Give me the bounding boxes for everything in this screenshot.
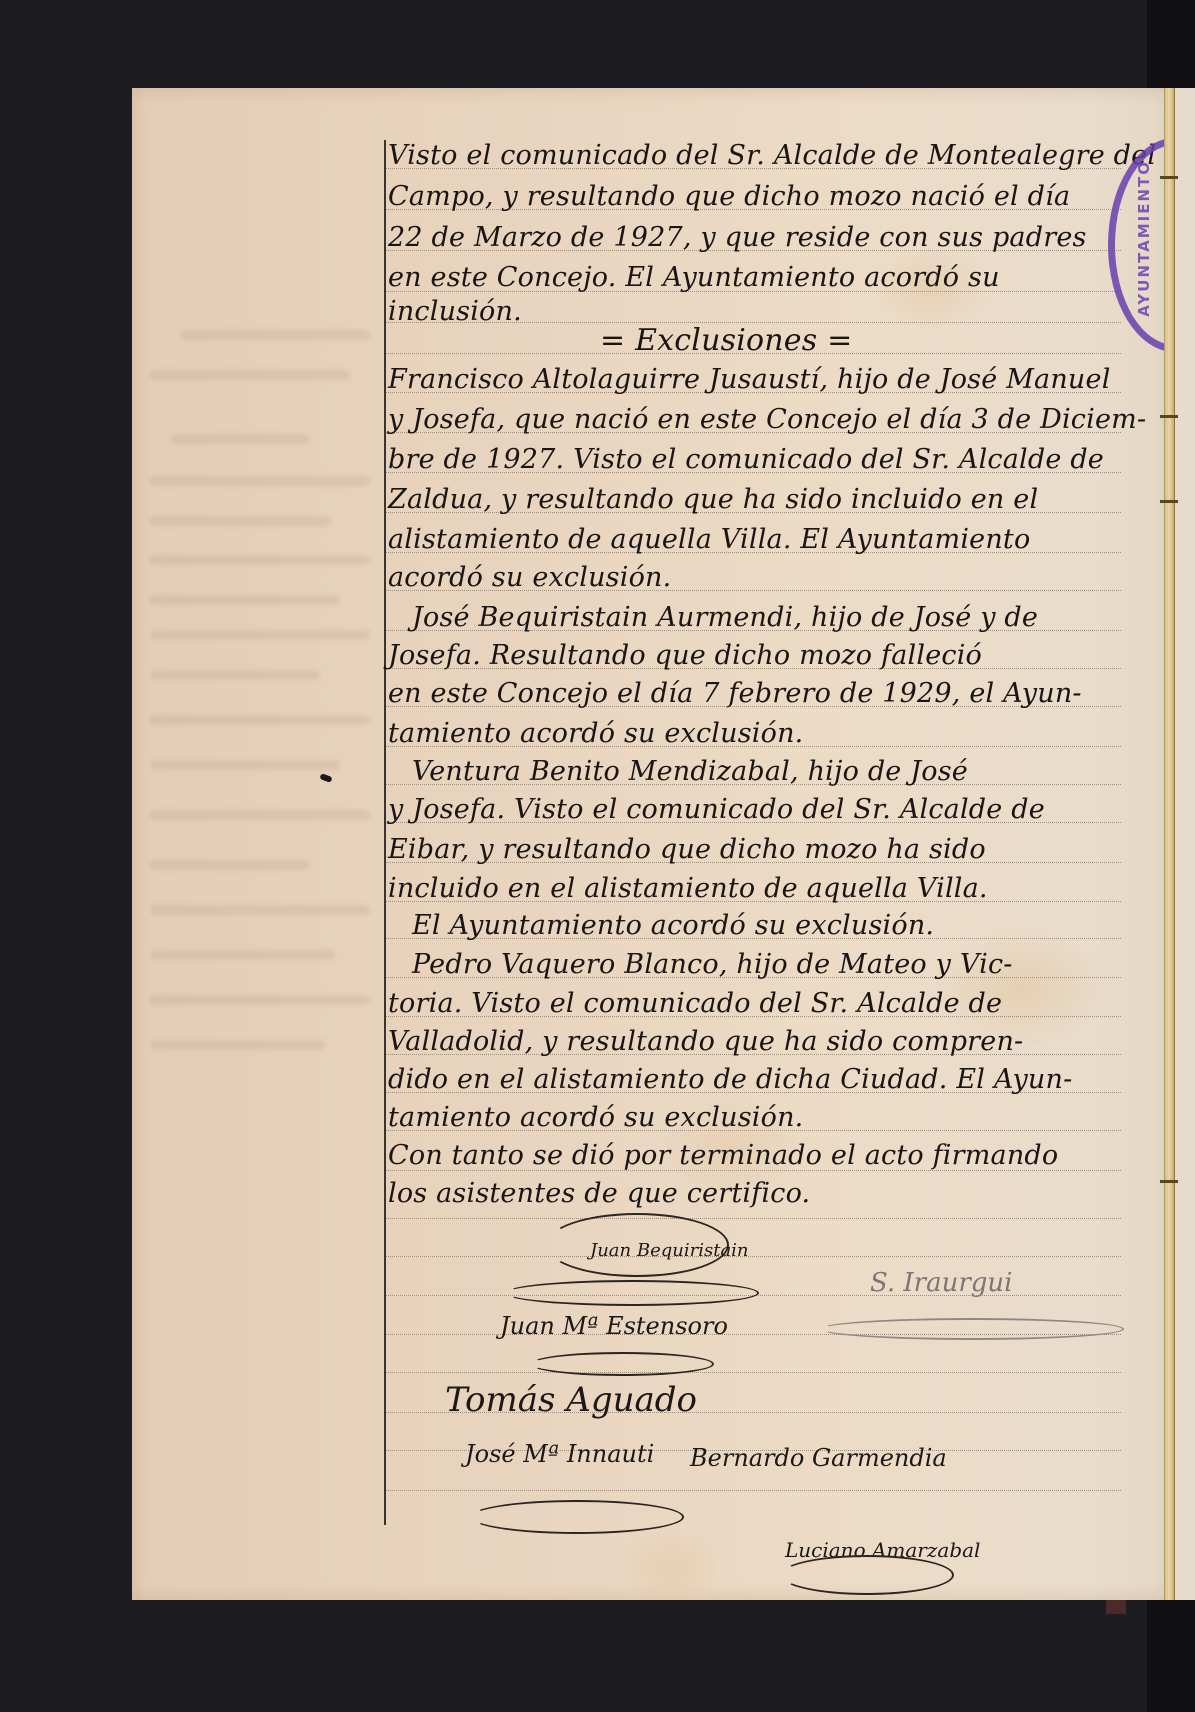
entry-line: Francisco Altolaguirre Jusaustí, hijo de… (388, 366, 1111, 393)
signature-flourish (530, 1352, 714, 1376)
bleed-through-stroke (150, 950, 335, 960)
ruled-line (386, 1256, 1121, 1257)
signature-flourish (505, 1280, 759, 1306)
bleed-through-stroke (150, 670, 320, 680)
text-line: Visto el comunicado del Sr. Alcalde de M… (388, 142, 1156, 169)
section-heading: = Exclusiones = (600, 326, 852, 356)
entry-line: Valladolid, y resultando que ha sido com… (388, 1028, 1023, 1055)
stamp-text: AYUNTAMIENTO (1135, 160, 1153, 317)
binding-stitch (1160, 415, 1178, 418)
signature-flourish (470, 1500, 684, 1534)
entry-line: y Josefa. Visto el comunicado del Sr. Al… (388, 796, 1045, 823)
entry-line: incluido en el alistamiento de aquella V… (388, 875, 988, 902)
bleed-through-stroke (150, 905, 370, 915)
entry-line: dido en el alistamiento de dicha Ciudad.… (388, 1066, 1072, 1093)
cover-corner (1106, 1600, 1126, 1614)
facing-page (1172, 88, 1195, 1600)
signature: José Mª Innauti (465, 1440, 654, 1468)
binding-stitch (1160, 500, 1178, 503)
bleed-through-stroke (150, 760, 340, 770)
text-line: Campo, y resultando que dicho mozo nació… (388, 183, 1070, 210)
bleed-through-stroke (150, 1040, 325, 1050)
ruled-line (386, 1490, 1121, 1491)
entry-line: Pedro Vaquero Blanco, hijo de Mateo y Vi… (412, 951, 1013, 978)
entry-line: Ventura Benito Mendizabal, hijo de José (412, 758, 968, 785)
entry-line: El Ayuntamiento acordó su exclusión. (412, 912, 934, 939)
closing-line: Con tanto se dió por terminado el acto f… (388, 1142, 1058, 1169)
entry-line: tamiento acordó su exclusión. (388, 720, 803, 747)
bleed-through-stroke (150, 995, 370, 1005)
text-line: inclusión. (388, 298, 522, 325)
entry-line: bre de 1927. Visto el comunicado del Sr.… (388, 446, 1104, 473)
signature-flourish (780, 1555, 954, 1595)
bleed-through-stroke (150, 370, 350, 380)
entry-line: y Josefa, que nació en este Concejo el d… (388, 406, 1146, 433)
binding-stitch (1160, 176, 1178, 179)
bleed-through-stroke (150, 810, 370, 820)
entry-line: toria. Visto el comunicado del Sr. Alcal… (388, 990, 1002, 1017)
bleed-through-stroke (170, 434, 310, 444)
signature: Juan Bequiristain (590, 1240, 749, 1261)
bleed-through-stroke (150, 555, 370, 565)
signature: Juan Mª Estensoro (500, 1312, 728, 1340)
signature-pencil: S. Iraurgui (870, 1268, 1013, 1298)
bleed-through-stroke (150, 516, 330, 526)
entry-line: Zaldua, y resultando que ha sido incluid… (388, 486, 1038, 513)
closing-line: los asistentes de que certifico. (388, 1180, 810, 1207)
entry-line: José Bequiristain Aurmendi, hijo de José… (412, 604, 1038, 631)
entry-line: Eibar, y resultando que dicho mozo ha si… (388, 836, 986, 863)
signature-flourish (820, 1318, 1124, 1340)
margin-rule (384, 140, 386, 1525)
ruled-line (386, 1372, 1121, 1373)
text-line: 22 de Marzo de 1927, y que reside con su… (388, 224, 1087, 251)
signature: Tomás Aguado (445, 1380, 697, 1420)
scanned-document: Visto el comunicado del Sr. Alcalde de M… (0, 0, 1195, 1712)
binding-stitch (1160, 1180, 1178, 1183)
bleed-through-stroke (180, 330, 370, 340)
entry-line: tamiento acordó su exclusión. (388, 1104, 803, 1131)
bleed-through-stroke (150, 476, 370, 486)
entry-line: Josefa. Resultando que dicho mozo fallec… (388, 642, 982, 669)
bleed-through-stroke (150, 630, 370, 640)
bleed-through-stroke (150, 715, 370, 725)
entry-line: en este Concejo el día 7 febrero de 1929… (388, 680, 1082, 707)
entry-line: alistamiento de aquella Villa. El Ayunta… (388, 526, 1030, 553)
bleed-through-stroke (150, 595, 340, 605)
bleed-through-stroke (150, 860, 310, 870)
ruled-line (386, 1218, 1121, 1219)
signature: Bernardo Garmendia (690, 1444, 947, 1472)
book-binding (1164, 88, 1175, 1600)
entry-line: acordó su exclusión. (388, 564, 671, 591)
text-line: en este Concejo. El Ayuntamiento acordó … (388, 264, 1000, 291)
